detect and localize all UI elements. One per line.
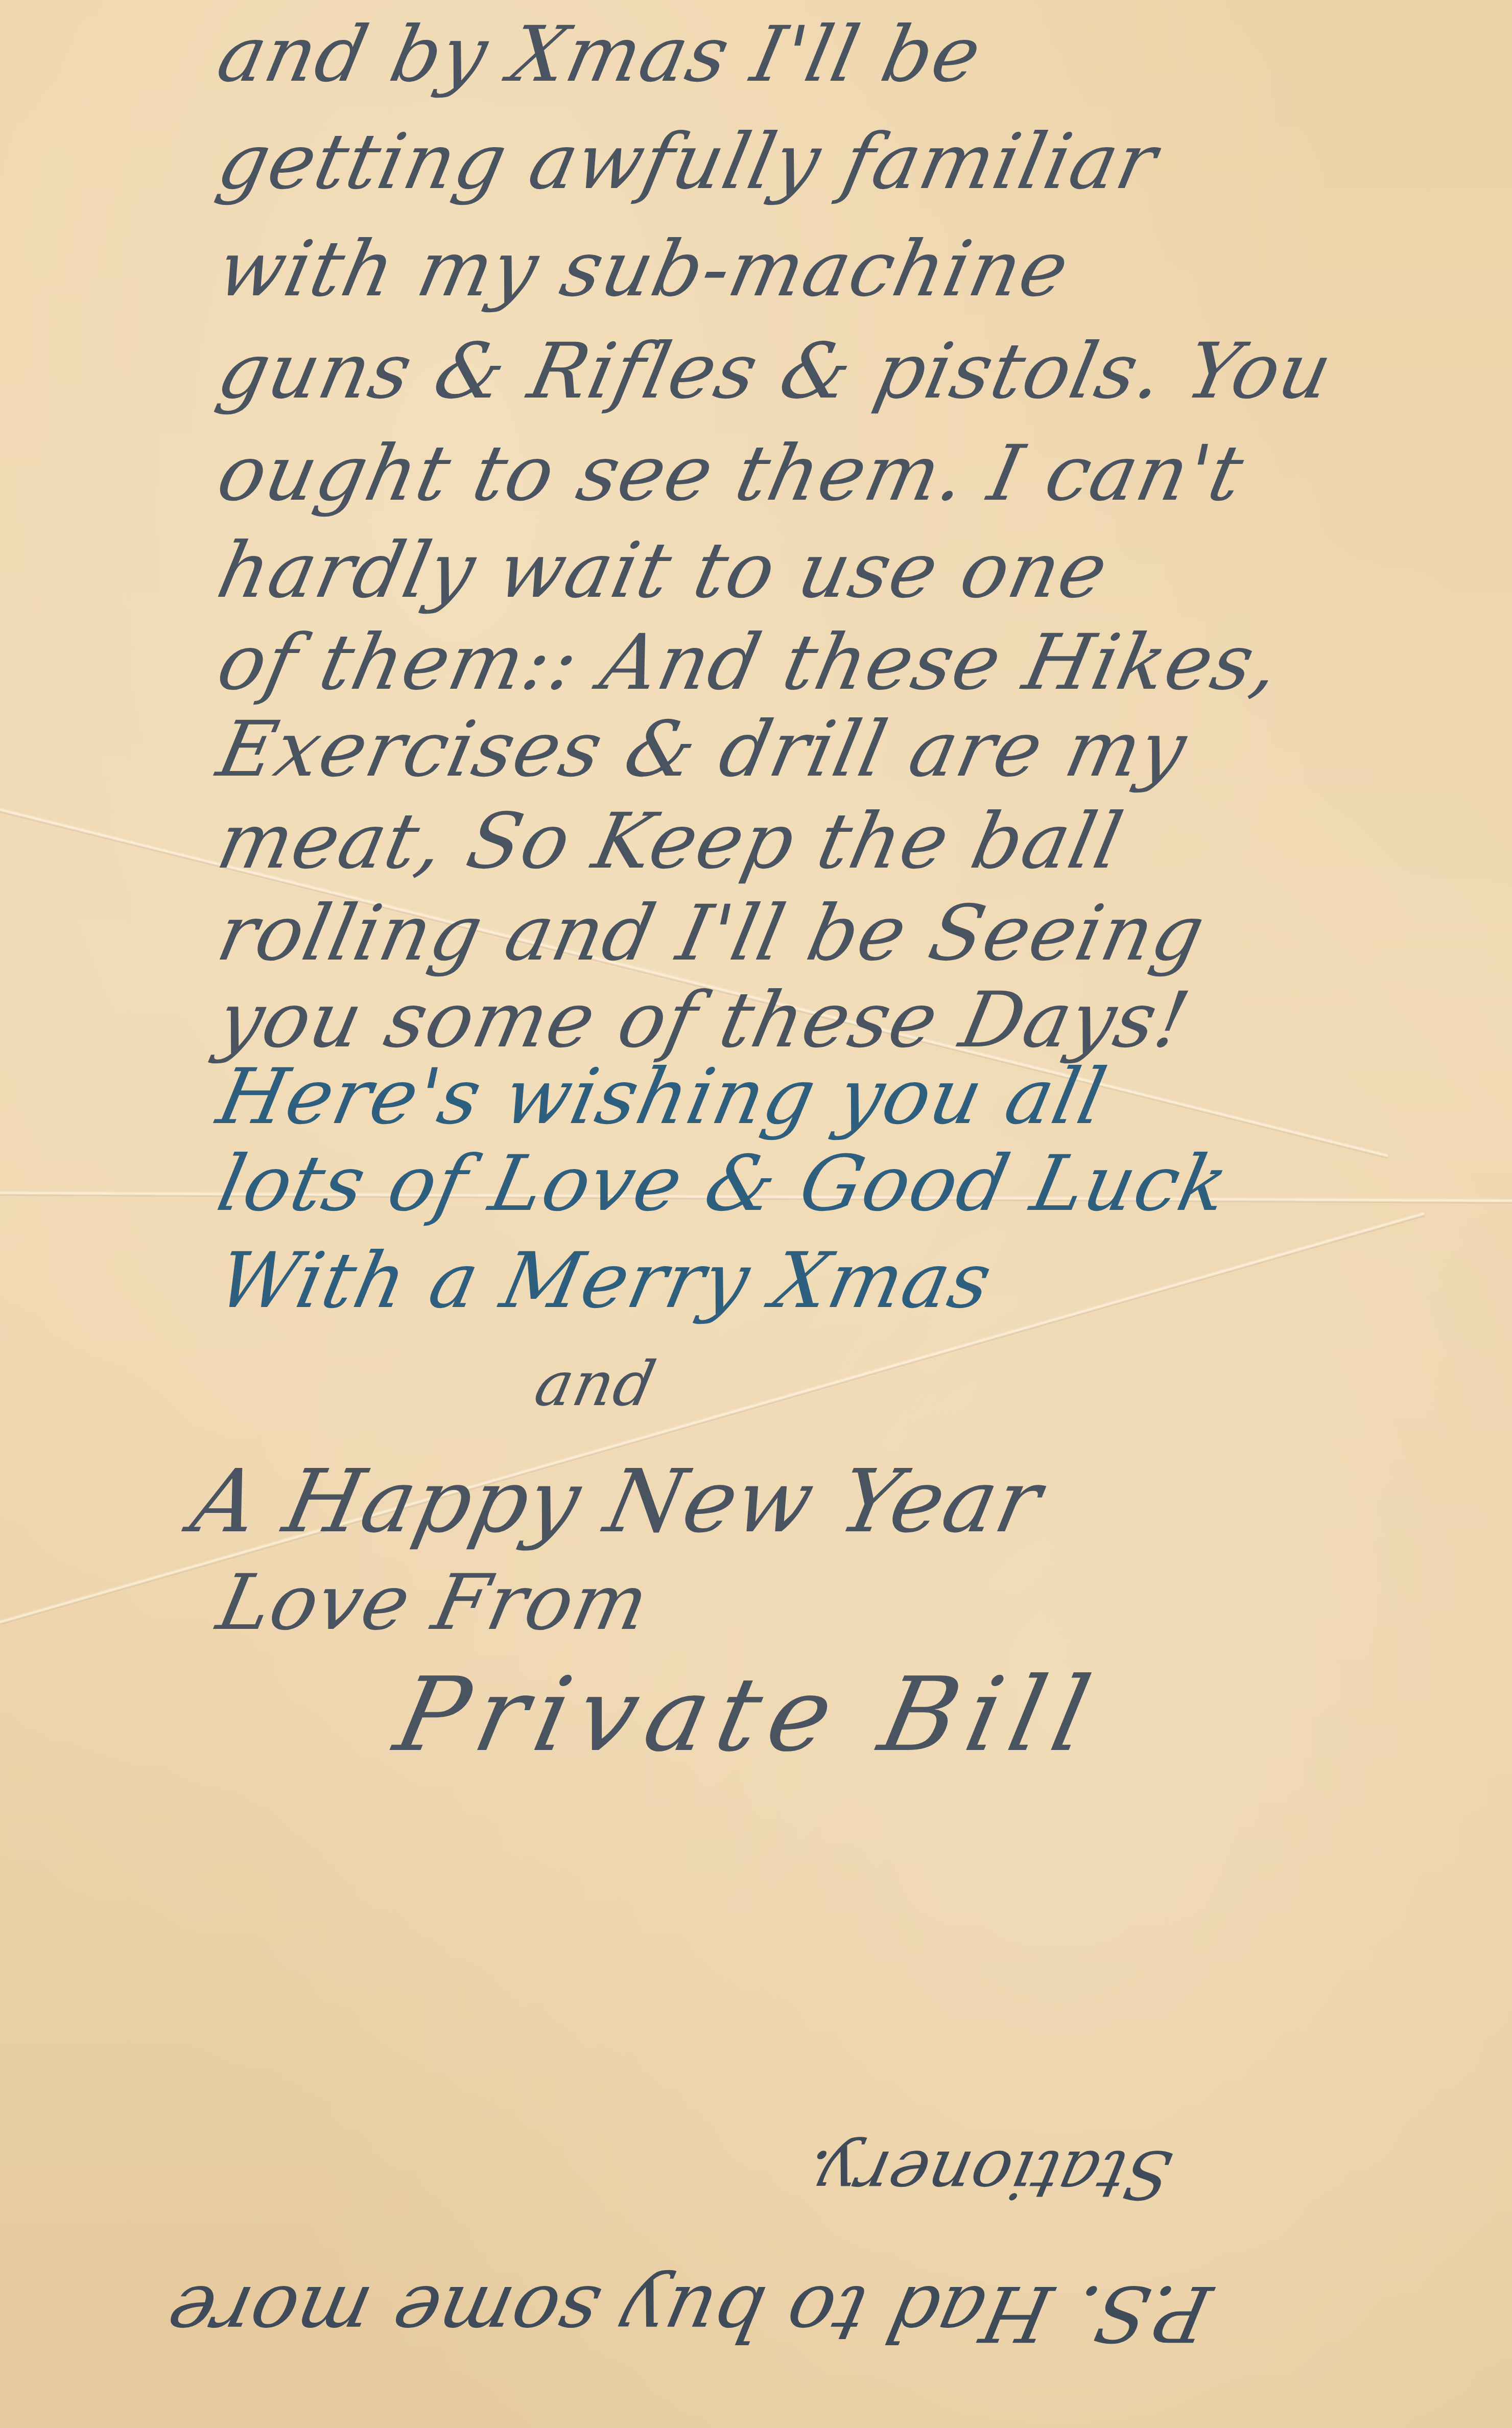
closing-line: A Happy New Year bbox=[183, 1451, 1051, 1552]
postscript-line-2: Stationery. bbox=[799, 2136, 1179, 2213]
closing-line: Love From bbox=[210, 1558, 657, 1647]
postscript-line-1: P.S. Had to buy some more bbox=[159, 2269, 1219, 2357]
signature: Private Bill bbox=[386, 1655, 1109, 1775]
body-line: of them:: And these Hikes, bbox=[210, 618, 1288, 707]
body-line: rolling and I'll be Seeing bbox=[210, 889, 1213, 978]
closing-line: With a Merry Xmas bbox=[210, 1236, 1000, 1325]
body-line: ought to see them. I can't bbox=[210, 429, 1252, 518]
closing-line: lots of Love & Good Luck bbox=[210, 1139, 1237, 1228]
body-line: and by Xmas I'll be bbox=[210, 10, 989, 99]
letter-page: and by Xmas I'll be getting awfully fami… bbox=[0, 0, 1512, 2428]
closing-line: Here's wishing you all bbox=[210, 1053, 1115, 1141]
body-line: meat, So Keep the ball bbox=[210, 797, 1131, 886]
body-line: with my sub-machine bbox=[210, 225, 1077, 314]
body-line: guns & Rifles & pistols. You bbox=[210, 327, 1340, 416]
body-line: Exercises & drill are my bbox=[210, 705, 1195, 794]
closing-line: and bbox=[529, 1349, 662, 1420]
body-line: hardly wait to use one bbox=[210, 526, 1116, 615]
body-line: getting awfully familiar bbox=[210, 118, 1165, 206]
body-line: you some of these Days! bbox=[210, 976, 1198, 1065]
